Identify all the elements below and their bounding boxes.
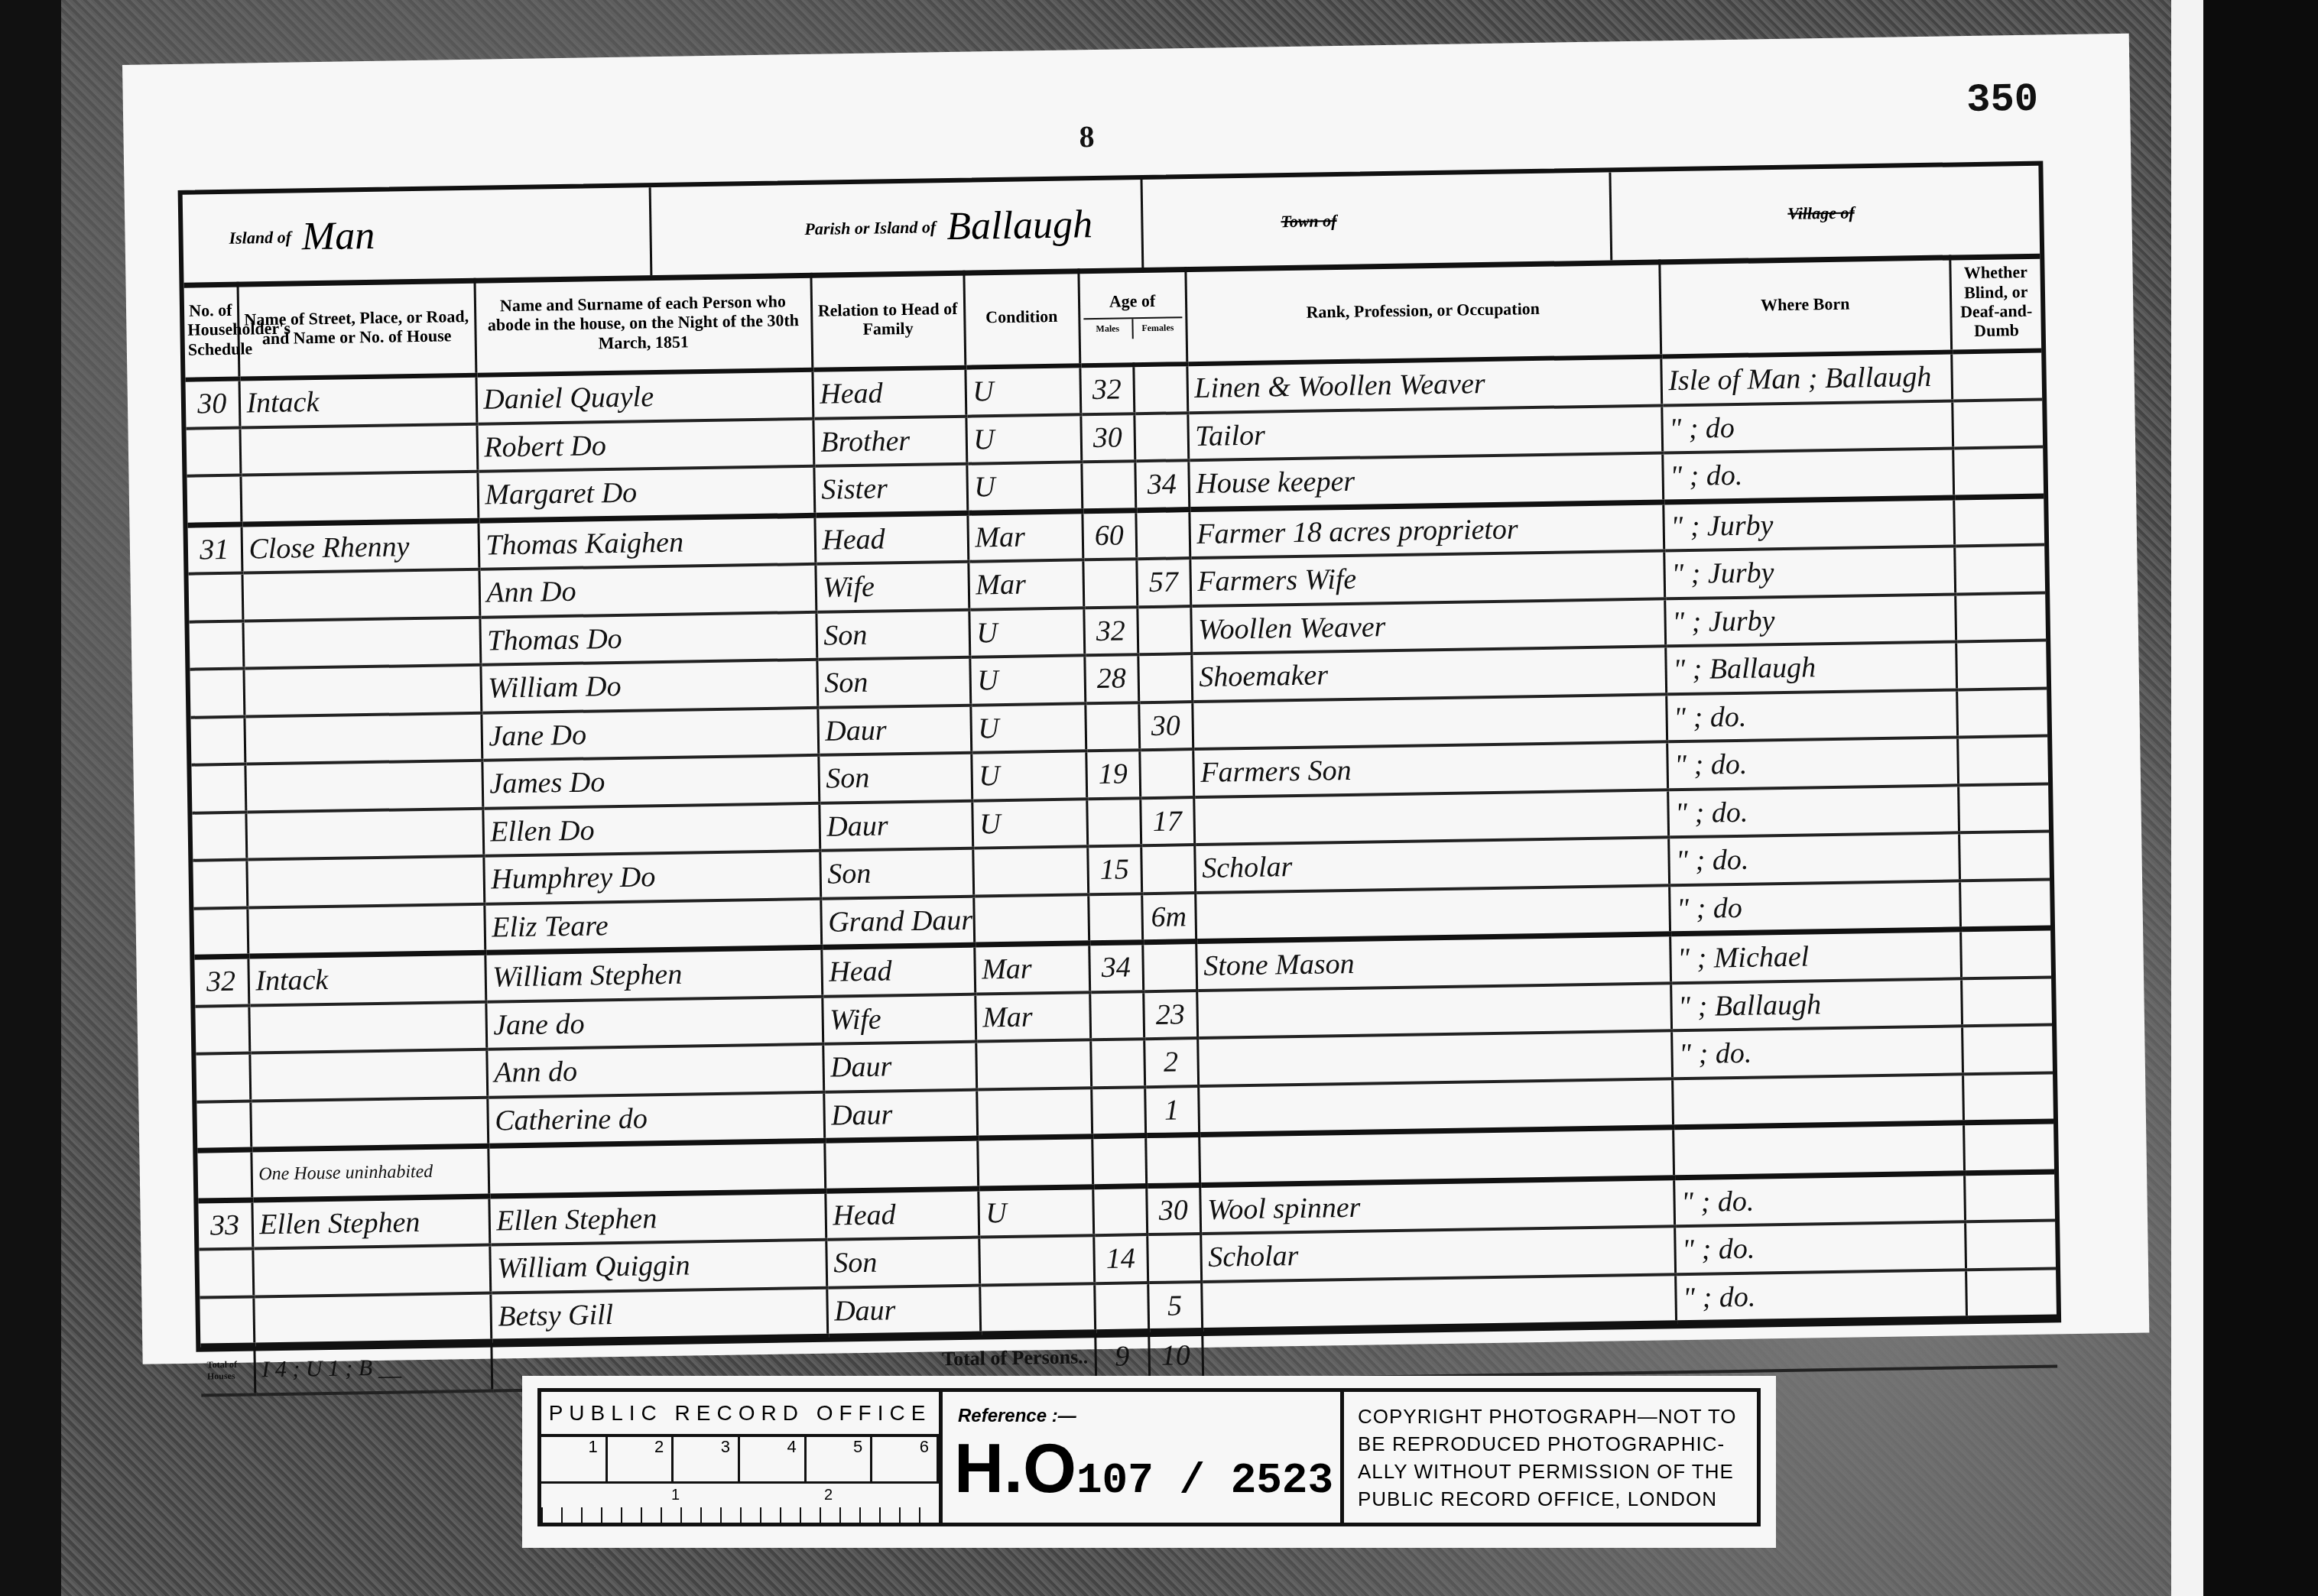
cell-female-age: 1	[1144, 1086, 1199, 1136]
cell-blind-deaf	[1954, 545, 2045, 594]
cell-where-born: " ; do.	[1674, 1173, 1965, 1226]
cell-where-born: " ; do	[1669, 881, 1960, 934]
cell-name: Eliz Teare	[484, 898, 821, 952]
cell-male-age: 32	[1079, 365, 1134, 414]
cell-relation: Daur	[823, 1089, 977, 1140]
cell-where-born: " ; do.	[1675, 1270, 1966, 1323]
cell-male-age	[1092, 1136, 1146, 1187]
cell-male-age: 14	[1093, 1234, 1148, 1283]
cell-blind-deaf	[1956, 641, 2047, 689]
cell-street: Intack	[239, 375, 476, 427]
cell-where-born	[1673, 1123, 1964, 1177]
cell-occupation: Scholar	[1194, 837, 1669, 892]
cell-occupation	[1195, 885, 1670, 942]
village-label: Village of	[1787, 203, 1855, 223]
cell-relation	[824, 1138, 978, 1191]
cell-female-age	[1145, 1135, 1200, 1186]
cell-male-age	[1085, 702, 1139, 751]
cell-name: Margaret Do	[477, 466, 814, 521]
cell-male-age: 32	[1083, 607, 1138, 656]
houses-total-value: I 4 ; U 1 ; B __	[254, 1341, 492, 1394]
col-relation: Relation to Head of Family	[810, 271, 965, 370]
cell-name: Catherine do	[487, 1092, 824, 1146]
cell-condition: U	[966, 414, 1081, 464]
parish-cell: Parish or Island of Ballaugh	[651, 180, 1144, 275]
cell-female-age: 30	[1146, 1185, 1200, 1234]
cell-blind-deaf	[1959, 832, 2050, 881]
cell-male-age: 15	[1087, 845, 1141, 894]
houses-total-label: Total of Houses	[200, 1345, 255, 1395]
cell-name: Ann Do	[479, 564, 816, 617]
cell-schedule: 30	[185, 379, 239, 429]
copyright-notice: COPYRIGHT PHOTOGRAPH—NOT TO BE REPRODUCE…	[1344, 1392, 1757, 1523]
cell-where-born: " ; do.	[1667, 785, 1959, 837]
cell-male-age	[1092, 1186, 1147, 1235]
cell-where-born: " ; do.	[1674, 1221, 1966, 1273]
cell-blind-deaf	[1960, 928, 2051, 978]
col-condition: Condition	[963, 268, 1079, 367]
cell-where-born: " ; do	[1661, 401, 1953, 453]
cell-male-age: 19	[1086, 750, 1140, 799]
col-males: Males	[1083, 319, 1134, 339]
cell-name	[488, 1140, 825, 1195]
cell-female-age: 17	[1140, 797, 1194, 846]
cell-street	[242, 617, 480, 668]
females-total: 10	[1148, 1331, 1203, 1380]
cell-occupation: Stone Mason	[1196, 934, 1670, 991]
cell-name: Ann do	[486, 1044, 823, 1097]
cell-occupation: Farmer 18 acres proprietor	[1189, 501, 1664, 558]
cell-male-age: 60	[1082, 510, 1136, 560]
reference-label: Reference :—	[958, 1406, 1076, 1427]
cell-female-age	[1135, 509, 1190, 559]
cell-female-age	[1134, 413, 1188, 462]
cell-relation: Son	[816, 609, 969, 660]
cell-relation: Head	[821, 945, 975, 996]
cell-schedule: 31	[187, 524, 242, 574]
cell-condition: U	[972, 799, 1087, 848]
cell-street: Close Rhenny	[241, 521, 479, 573]
cell-condition	[979, 1283, 1095, 1334]
cell-relation: Son	[820, 848, 973, 899]
cell-relation: Brother	[813, 416, 966, 466]
cell-condition	[972, 846, 1088, 896]
cell-blind-deaf	[1953, 496, 2044, 547]
cell-condition: Mar	[974, 943, 1089, 994]
cell-schedule	[195, 1005, 249, 1054]
cell-occupation	[1198, 1079, 1673, 1135]
cell-relation: Son	[818, 753, 972, 803]
cell-name: James Do	[482, 755, 819, 808]
cell-male-age	[1090, 1039, 1144, 1088]
cell-male-age	[1083, 559, 1137, 608]
cell-schedule	[200, 1296, 254, 1346]
cell-street	[252, 1245, 490, 1296]
cell-name: Jane Do	[481, 707, 818, 760]
reference-box: Reference :— H.O107 / 2523	[943, 1392, 1344, 1523]
cell-name: Thomas Kaighen	[478, 515, 815, 569]
cell-male-age: 28	[1084, 654, 1138, 703]
cell-male-age	[1089, 991, 1144, 1040]
cell-occupation: Farmers Wife	[1190, 550, 1664, 605]
cell-schedule	[197, 1150, 252, 1201]
age-of-label: Age of	[1083, 291, 1181, 312]
cell-male-age	[1081, 461, 1135, 511]
cell-name: Daniel Quayle	[476, 370, 813, 423]
cell-occupation	[1193, 790, 1668, 845]
cell-condition: U	[971, 751, 1086, 800]
cell-blind-deaf	[1956, 688, 2047, 737]
males-total: 9	[1095, 1332, 1149, 1381]
cell-schedule: 33	[198, 1200, 252, 1250]
scan-right-edge	[2203, 0, 2318, 1596]
cell-name: William Do	[480, 660, 817, 712]
cell-female-age	[1137, 606, 1191, 655]
village-cell: Village of	[1611, 166, 2040, 261]
cell-female-age	[1141, 845, 1195, 894]
town-label: Town of	[1281, 211, 1337, 232]
island-value: Man	[301, 213, 375, 259]
col-blind-deaf: Whether Blind, or Deaf-and-Dumb	[1950, 254, 2041, 352]
cell-where-born: " ; do.	[1662, 448, 1953, 501]
cell-schedule	[188, 573, 242, 622]
cell-where-born: " ; Ballaugh	[1670, 978, 1962, 1030]
cell-relation: Head	[812, 368, 966, 419]
cell-occupation: Woollen Weaver	[1190, 598, 1665, 654]
cell-female-age: 34	[1135, 460, 1189, 510]
cell-condition: Mar	[975, 992, 1090, 1042]
parish-label: Parish or Island of	[804, 217, 936, 239]
cell-street	[240, 472, 478, 524]
cell-street	[247, 903, 485, 956]
cell-schedule	[190, 716, 245, 765]
cell-street	[249, 1049, 487, 1101]
cell-condition: Mar	[967, 511, 1083, 561]
cell-occupation	[1199, 1127, 1674, 1185]
cell-street	[250, 1097, 488, 1150]
office-name: PUBLIC RECORD OFFICE	[541, 1392, 939, 1437]
col-age: Age of Males Females	[1078, 267, 1187, 365]
cell-condition	[973, 894, 1089, 945]
scan-left-edge	[0, 0, 61, 1596]
cell-relation: Daur	[819, 800, 972, 851]
cell-relation: Head	[825, 1189, 979, 1240]
cell-street	[244, 712, 482, 764]
col-occupation: Rank, Profession, or Occupation	[1185, 259, 1661, 364]
cell-relation: Son	[826, 1238, 979, 1288]
cell-name: Betsy Gill	[490, 1287, 827, 1341]
cell-schedule	[187, 475, 241, 525]
cell-schedule	[192, 812, 246, 861]
cell-condition: U	[970, 703, 1086, 753]
cell-condition	[979, 1235, 1094, 1285]
cell-relation: Sister	[813, 464, 967, 515]
cell-occupation: House keeper	[1188, 453, 1663, 509]
cell-schedule	[191, 764, 245, 813]
cell-relation: Wife	[815, 562, 969, 612]
cell-blind-deaf	[1965, 1220, 2056, 1269]
cell-where-born: " ; do.	[1666, 689, 1957, 741]
cell-relation: Head	[814, 513, 968, 564]
cell-blind-deaf	[1961, 977, 2052, 1026]
cell-name: William Stephen	[485, 947, 822, 1001]
reference-prefix: H.O	[954, 1431, 1076, 1507]
cell-street	[242, 569, 479, 621]
cell-schedule	[199, 1249, 253, 1298]
cell-occupation	[1192, 694, 1667, 749]
cell-street	[239, 423, 477, 475]
cell-blind-deaf	[1962, 1025, 2053, 1074]
cell-blind-deaf	[1958, 783, 2049, 832]
cell-female-age: 2	[1144, 1038, 1198, 1087]
cell-name: William Quiggin	[489, 1240, 826, 1293]
cell-where-born: " ; do.	[1671, 1026, 1963, 1078]
col-name: Name and Surname of each Person who abod…	[474, 273, 812, 375]
cell-street: Ellen Stephen	[252, 1196, 489, 1249]
cell-occupation	[1201, 1274, 1676, 1331]
cell-schedule	[189, 621, 243, 670]
col-street: Name of Street, Place, or Road, and Name…	[237, 278, 476, 379]
cell-female-age: 5	[1148, 1282, 1202, 1332]
cell-condition: U	[969, 608, 1084, 657]
cell-occupation	[1197, 1030, 1672, 1085]
census-table: No. of Householder's Schedule Name of St…	[183, 254, 2057, 1396]
cell-schedule: 32	[194, 956, 248, 1006]
cell-relation: Son	[816, 657, 970, 708]
town-cell: Town of	[1143, 172, 1613, 268]
cell-occupation: Linen & Woollen Weaver	[1187, 356, 1661, 412]
census-page: 350 8 Island of Man Parish or Island of …	[122, 34, 2149, 1364]
cell-schedule	[193, 907, 248, 957]
cell-street	[245, 808, 483, 859]
cell-condition	[977, 1137, 1092, 1189]
cell-blind-deaf	[1951, 351, 2042, 401]
cell-blind-deaf	[1952, 399, 2043, 448]
cell-relation: Grand Daur	[820, 896, 974, 947]
cell-male-age	[1091, 1087, 1145, 1137]
cell-name: Ellen Stephen	[489, 1191, 826, 1245]
cell-schedule	[190, 669, 244, 718]
scale-ruler-bottom: 1 2	[541, 1484, 939, 1523]
cell-schedule	[193, 860, 247, 909]
island-cell: Island of Man	[183, 187, 653, 283]
scale-ruler-top: 1 2 3 4 5 6	[541, 1437, 939, 1484]
reference-number: 107 / 2523	[1076, 1456, 1333, 1505]
page-number: 350	[1966, 77, 2039, 123]
scan-right-strip	[2171, 0, 2206, 1596]
cell-relation: Daur	[823, 1042, 976, 1092]
cell-occupation	[1196, 983, 1671, 1038]
cell-female-age	[1138, 654, 1192, 702]
cell-female-age	[1147, 1234, 1201, 1283]
cell-where-born: " ; Ballaugh	[1665, 641, 1956, 693]
cell-condition: U	[978, 1186, 1093, 1237]
public-record-office-stamp: PUBLIC RECORD OFFICE 1 2 3 4 5 6 1 2 Ref…	[522, 1376, 1776, 1548]
cell-occupation: Wool spinner	[1200, 1177, 1674, 1234]
cell-relation: Daur	[817, 705, 971, 755]
cell-female-age	[1133, 364, 1187, 414]
cell-schedule	[196, 1101, 251, 1150]
cell-street: Intack	[248, 952, 485, 1005]
cell-female-age: 23	[1143, 991, 1197, 1040]
parish-value: Ballaugh	[946, 202, 1093, 249]
cell-street	[243, 665, 481, 716]
cell-male-age	[1086, 798, 1141, 847]
col-schedule: No. of Householder's Schedule	[183, 282, 239, 380]
cell-female-age: 57	[1136, 558, 1190, 607]
cell-street	[246, 856, 484, 907]
cell-male-age	[1094, 1283, 1148, 1332]
cell-schedule	[196, 1053, 250, 1102]
cell-name: Ellen Do	[482, 803, 820, 855]
cell-male-age: 30	[1080, 414, 1135, 462]
cell-female-age	[1142, 942, 1196, 991]
cell-occupation: Farmers Son	[1193, 741, 1667, 796]
cell-blind-deaf	[1959, 879, 2050, 929]
cell-street	[245, 761, 482, 812]
cell-condition	[976, 1040, 1091, 1089]
cell-male-age: 34	[1089, 942, 1143, 992]
folio-number: 8	[1079, 118, 1095, 154]
cell-where-born	[1672, 1074, 1963, 1127]
cell-blind-deaf	[1955, 592, 2046, 641]
cell-blind-deaf	[1963, 1121, 2054, 1173]
cell-where-born: " ; do.	[1668, 832, 1959, 884]
cell-relation: Wife	[822, 994, 976, 1044]
cell-occupation: Shoemaker	[1191, 646, 1666, 701]
cell-occupation: Scholar	[1200, 1226, 1675, 1281]
cell-condition	[976, 1088, 1092, 1138]
col-females: Females	[1133, 318, 1182, 339]
cell-blind-deaf	[1964, 1171, 2055, 1221]
cell-where-born: Isle of Man ; Ballaugh	[1661, 352, 1952, 404]
cell-name: Humphrey Do	[483, 851, 820, 903]
cell-blind-deaf	[1966, 1268, 2057, 1319]
cell-name: Thomas Do	[479, 611, 816, 664]
cell-where-born: " ; Jurby	[1664, 546, 1955, 598]
cell-condition: U	[965, 365, 1080, 416]
cell-street: One House uninhabited	[251, 1146, 489, 1199]
cell-name: Robert Do	[476, 418, 813, 471]
cell-occupation: Tailor	[1187, 405, 1662, 460]
island-label: Island of	[229, 227, 291, 248]
cell-male-age	[1088, 894, 1142, 943]
cell-name: Jane do	[485, 996, 823, 1049]
cell-where-born: " ; Michael	[1670, 929, 1961, 983]
census-form: Island of Man Parish or Island of Ballau…	[178, 161, 2062, 1352]
col-where-born: Where Born	[1659, 255, 1951, 356]
cell-schedule	[186, 427, 240, 476]
cell-blind-deaf	[1953, 447, 2044, 498]
cell-condition: U	[969, 655, 1085, 705]
cell-street	[253, 1293, 491, 1345]
cell-blind-deaf	[1963, 1072, 2053, 1123]
cell-female-age: 30	[1138, 702, 1193, 751]
cell-female-age	[1139, 749, 1193, 798]
census-rows: 30IntackDaniel QuayleHeadU32Linen & Wool…	[185, 351, 2057, 1346]
cell-condition: Mar	[968, 560, 1083, 609]
cell-condition: U	[966, 462, 1082, 512]
cell-blind-deaf	[1957, 736, 2048, 785]
cell-relation: Daur	[826, 1285, 980, 1336]
cell-street	[248, 1001, 486, 1053]
cell-where-born: " ; Jurby	[1663, 497, 1954, 550]
cell-where-born: " ; do.	[1667, 737, 1958, 789]
cell-female-age: 6m	[1141, 893, 1196, 942]
cell-where-born: " ; Jurby	[1664, 594, 1956, 646]
